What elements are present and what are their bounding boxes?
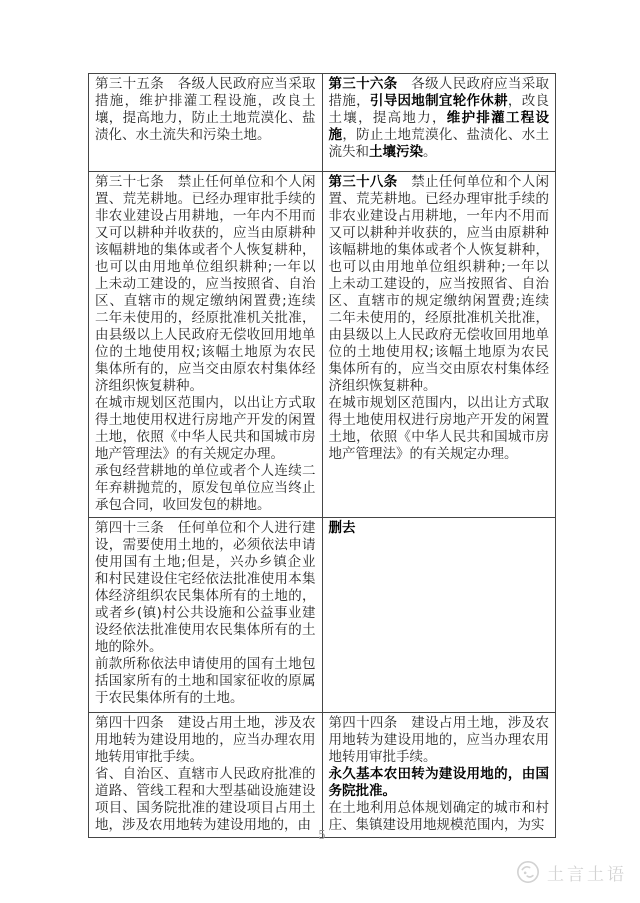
old-law-cell: 第四十四条 建设占用土地，涉及农用地转为建设用地的，应当办理农用地转用审批手续。… — [89, 713, 323, 838]
amended-text: 第三十八条 — [329, 174, 398, 190]
new-law-cell: 第三十八条 禁止任何单位和个人闲置、荒芜耕地。已经办理审批手续的非农业建设占用耕… — [322, 172, 556, 518]
table-row-article-37-38: 第三十七条 禁止任何单位和个人闲置、荒芜耕地。已经办理审批手续的非农业建设占用耕… — [89, 172, 556, 518]
law-paragraph: 永久基本农田转为建设用地的，由国务院批准。 — [329, 766, 550, 800]
watermark-text: 土言土语 — [547, 860, 627, 885]
law-text: 在城市规划区范围内，以出让方式取得土地使用权进行房地产开发的闲置土地，依照《中华… — [95, 395, 316, 462]
law-text: 禁止任何单位和个人闲置、荒芜耕地。已经办理审批手续的非农业建设占用耕地，一年内不… — [329, 174, 550, 394]
law-text: 承包经营耕地的单位或者个人连续二年弃耕抛荒的，原发包单位应当终止承包合同，收回发… — [95, 463, 316, 513]
amended-text: 删去 — [329, 520, 356, 536]
document-page: 第三十五条 各级人民政府应当采取措施，维护排灌工程设施，改良土壤，提高地力，防止… — [0, 0, 640, 903]
law-text: 第三十七条 禁止任何单位和个人闲置、荒芜耕地。已经办理审批手续的非农业建设占用耕… — [95, 174, 316, 394]
law-paragraph: 前款所称依法申请使用的国有土地包括国家所有的土地和国家征收的原属于农民集体所有的… — [95, 656, 316, 707]
table-row-article-35-36: 第三十五条 各级人民政府应当采取措施，维护排灌工程设施，改良土壤，提高地力，防止… — [89, 74, 556, 172]
new-law-cell: 第三十六条 各级人民政府应当采取措施，引导因地制宜轮作休耕，改良土壤，提高地力，… — [322, 74, 556, 172]
law-paragraph: 在城市规划区范围内，以出让方式取得土地使用权进行房地产开发的闲置土地，依照《中华… — [329, 395, 550, 463]
law-text: 前款所称依法申请使用的国有土地包括国家所有的土地和国家征收的原属于农民集体所有的… — [95, 656, 316, 706]
amended-text: 永久基本农田转为建设用地的，由国务院批准。 — [329, 766, 550, 799]
law-text: 第四十三条 任何单位和个人进行建设，需要使用土地的，必须依法申请使用国有土地;但… — [95, 520, 316, 655]
amended-text: 第三十六条 — [329, 76, 398, 92]
law-text: ，防止土地荒漠化、盐渍化、水土流失和 — [329, 127, 550, 160]
law-paragraph: 第三十六条 各级人民政府应当采取措施，引导因地制宜轮作休耕，改良土壤，提高地力，… — [329, 76, 550, 161]
law-text: 第三十五条 各级人民政府应当采取措施，维护排灌工程设施，改良土壤，提高地力，防止… — [95, 76, 316, 143]
law-text: 第四十四条 建设占用土地，涉及农用地转为建设用地的，应当办理农用地转用审批手续。 — [95, 715, 316, 765]
law-text: 。 — [423, 144, 437, 160]
old-law-cell: 第三十五条 各级人民政府应当采取措施，维护排灌工程设施，改良土壤，提高地力，防止… — [89, 74, 323, 172]
amended-text: 引导因地制宜轮作休耕 — [370, 93, 508, 109]
page-number: 5 — [88, 828, 556, 842]
old-law-cell: 第三十七条 禁止任何单位和个人闲置、荒芜耕地。已经办理审批手续的非农业建设占用耕… — [89, 172, 323, 518]
law-comparison-table: 第三十五条 各级人民政府应当采取措施，维护排灌工程设施，改良土壤，提高地力，防止… — [88, 73, 556, 838]
law-paragraph: 第四十四条 建设占用土地，涉及农用地转为建设用地的，应当办理农用地转用审批手续。 — [95, 715, 316, 766]
old-law-cell: 第四十三条 任何单位和个人进行建设，需要使用土地的，必须依法申请使用国有土地;但… — [89, 518, 323, 713]
law-paragraph: 第四十四条 建设占用土地，涉及农用地转为建设用地的，应当办理农用地转用审批手续。 — [329, 715, 550, 766]
logo-circle-icon — [515, 859, 541, 885]
law-paragraph: 第四十三条 任何单位和个人进行建设，需要使用土地的，必须依法申请使用国有土地;但… — [95, 520, 316, 656]
watermark: 土言土语 — [515, 859, 627, 885]
law-paragraph: 承包经营耕地的单位或者个人连续二年弃耕抛荒的，原发包单位应当终止承包合同，收回发… — [95, 463, 316, 514]
law-paragraph: 第三十八条 禁止任何单位和个人闲置、荒芜耕地。已经办理审批手续的非农业建设占用耕… — [329, 174, 550, 395]
law-text: 在城市规划区范围内，以出让方式取得土地使用权进行房地产开发的闲置土地，依照《中华… — [329, 395, 550, 462]
law-text: 第四十四条 建设占用土地，涉及农用地转为建设用地的，应当办理农用地转用审批手续。 — [329, 715, 550, 765]
amended-text: 土壤污染 — [369, 144, 423, 160]
law-paragraph: 第三十七条 禁止任何单位和个人闲置、荒芜耕地。已经办理审批手续的非农业建设占用耕… — [95, 174, 316, 395]
new-law-cell: 第四十四条 建设占用土地，涉及农用地转为建设用地的，应当办理农用地转用审批手续。… — [322, 713, 556, 838]
law-paragraph: 在城市规划区范围内，以出让方式取得土地使用权进行房地产开发的闲置土地，依照《中华… — [95, 395, 316, 463]
table-body: 第三十五条 各级人民政府应当采取措施，维护排灌工程设施，改良土壤，提高地力，防止… — [89, 74, 556, 838]
table-row-article-44: 第四十四条 建设占用土地，涉及农用地转为建设用地的，应当办理农用地转用审批手续。… — [89, 713, 556, 838]
new-law-cell: 删去 — [322, 518, 556, 713]
table-row-article-43-deleted: 第四十三条 任何单位和个人进行建设，需要使用土地的，必须依法申请使用国有土地;但… — [89, 518, 556, 713]
law-paragraph: 省、自治区、直辖市人民政府批准的道路、管线工程和大型基础设施建设项目、国务院批准… — [95, 766, 316, 834]
law-text: 省、自治区、直辖市人民政府批准的道路、管线工程和大型基础设施建设项目、国务院批准… — [95, 766, 316, 833]
law-paragraph: 第三十五条 各级人民政府应当采取措施，维护排灌工程设施，改良土壤，提高地力，防止… — [95, 76, 316, 144]
law-paragraph: 删去 — [329, 520, 550, 537]
